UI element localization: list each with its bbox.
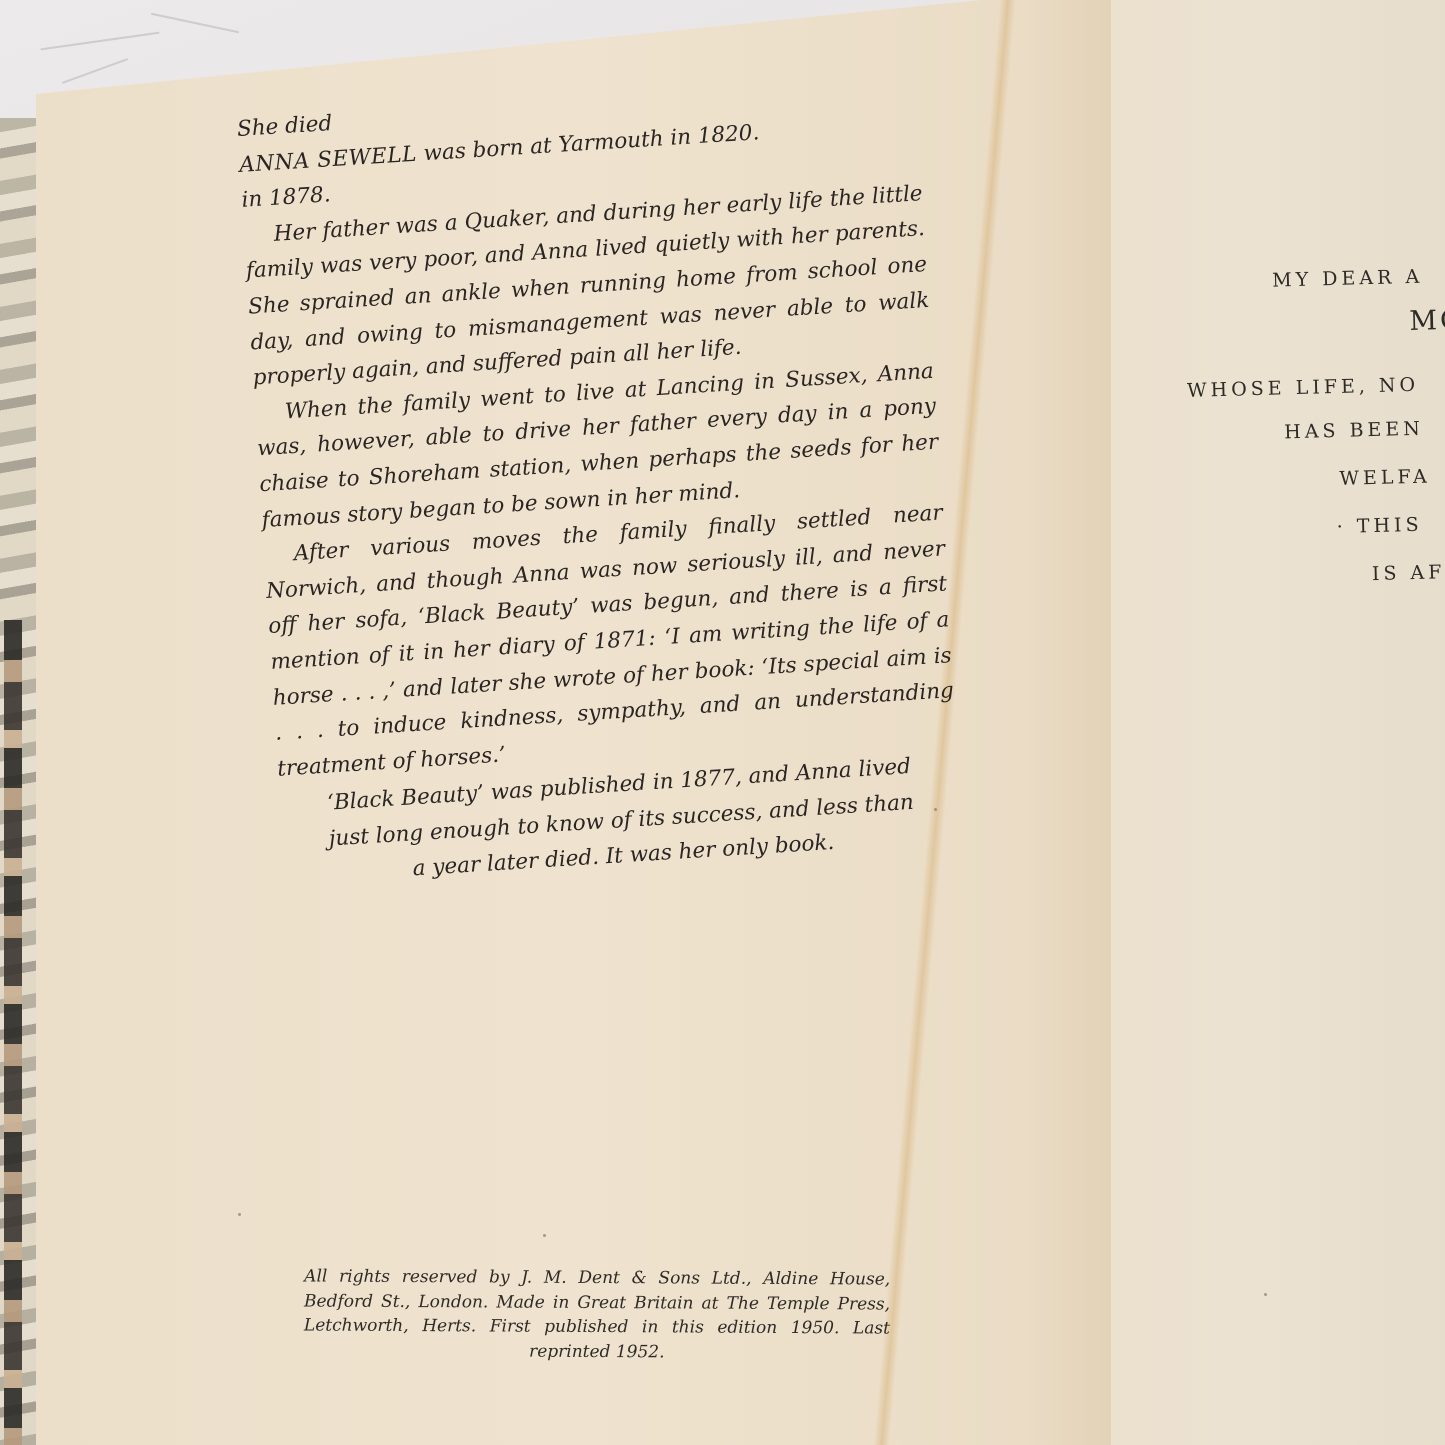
- marble-vein: [40, 32, 159, 51]
- biography-text: She died ANNA SEWELL was born at Yarmout…: [236, 69, 964, 895]
- paper-speck: [934, 808, 937, 811]
- marble-vein: [62, 58, 128, 84]
- dedication-line: MO: [1409, 305, 1445, 337]
- copyright-imprint: All rights reserved by J. M. Dent & Sons…: [304, 1264, 891, 1365]
- intro-death-year: in 1878.: [241, 182, 332, 213]
- dedication-line: MY DEAR A: [1272, 266, 1423, 292]
- dedication-line: · THIS: [1336, 514, 1422, 538]
- paper-speck: [238, 1213, 241, 1216]
- dedication-line: HAS BEEN: [1284, 418, 1424, 444]
- marble-vein: [151, 13, 239, 34]
- author-name: ANNA SEWELL: [239, 141, 418, 177]
- paper-speck: [1264, 1293, 1267, 1296]
- dedication-line: IS AF: [1372, 561, 1445, 585]
- paragraph-norwich: After various moves the family finally s…: [263, 496, 957, 787]
- endpaper-dark-edge: [4, 620, 22, 1445]
- paper-speck: [543, 1234, 546, 1237]
- dedication-line: WELFA: [1339, 466, 1431, 490]
